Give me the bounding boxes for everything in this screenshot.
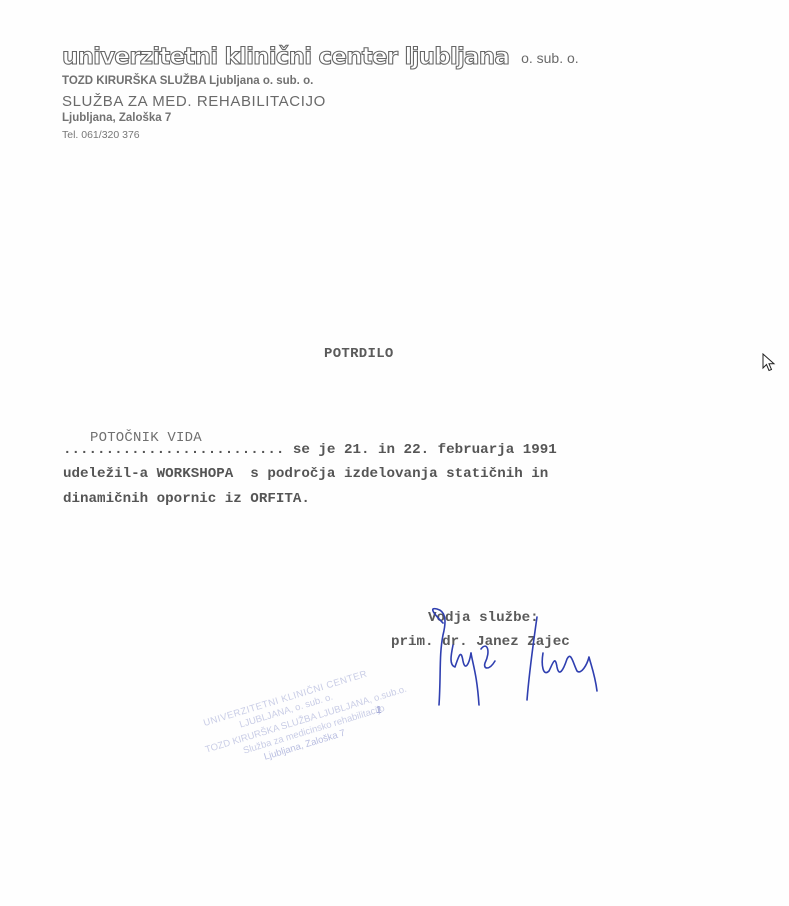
body-line-2: udeležil-a WORKSHOPA s področja izdelova… xyxy=(63,466,548,482)
mouse-cursor-icon xyxy=(762,353,776,373)
handwritten-signature-icon xyxy=(425,605,605,715)
institution-suffix: o. sub. o. xyxy=(521,50,579,66)
department-line: SLUŽBA ZA MED. REHABILITACIJO xyxy=(62,93,326,110)
body-line-1: .......................... se je 21. in … xyxy=(63,442,557,458)
tozd-line: TOZD KIRURŠKA SLUŽBA Ljubljana o. sub. o… xyxy=(62,75,313,87)
phone-line: Tel. 061/320 376 xyxy=(62,129,140,141)
stamp-number: 1 xyxy=(376,705,382,716)
body-line-3: dinamičnih opornic iz ORFITA. xyxy=(63,491,310,507)
official-stamp: UNIVERZITETNI KLINIČNI CENTER LJUBLJANA,… xyxy=(178,599,414,775)
institution-name: univerzitetni klinični center ljubljana xyxy=(62,44,509,70)
scanned-document-page: univerzitetni klinični center ljubljana … xyxy=(0,0,789,906)
document-title: POTRDILO xyxy=(324,346,394,362)
address-line: Ljubljana, Zaloška 7 xyxy=(62,112,171,124)
institution-header: univerzitetni klinični center ljubljana … xyxy=(62,44,579,70)
